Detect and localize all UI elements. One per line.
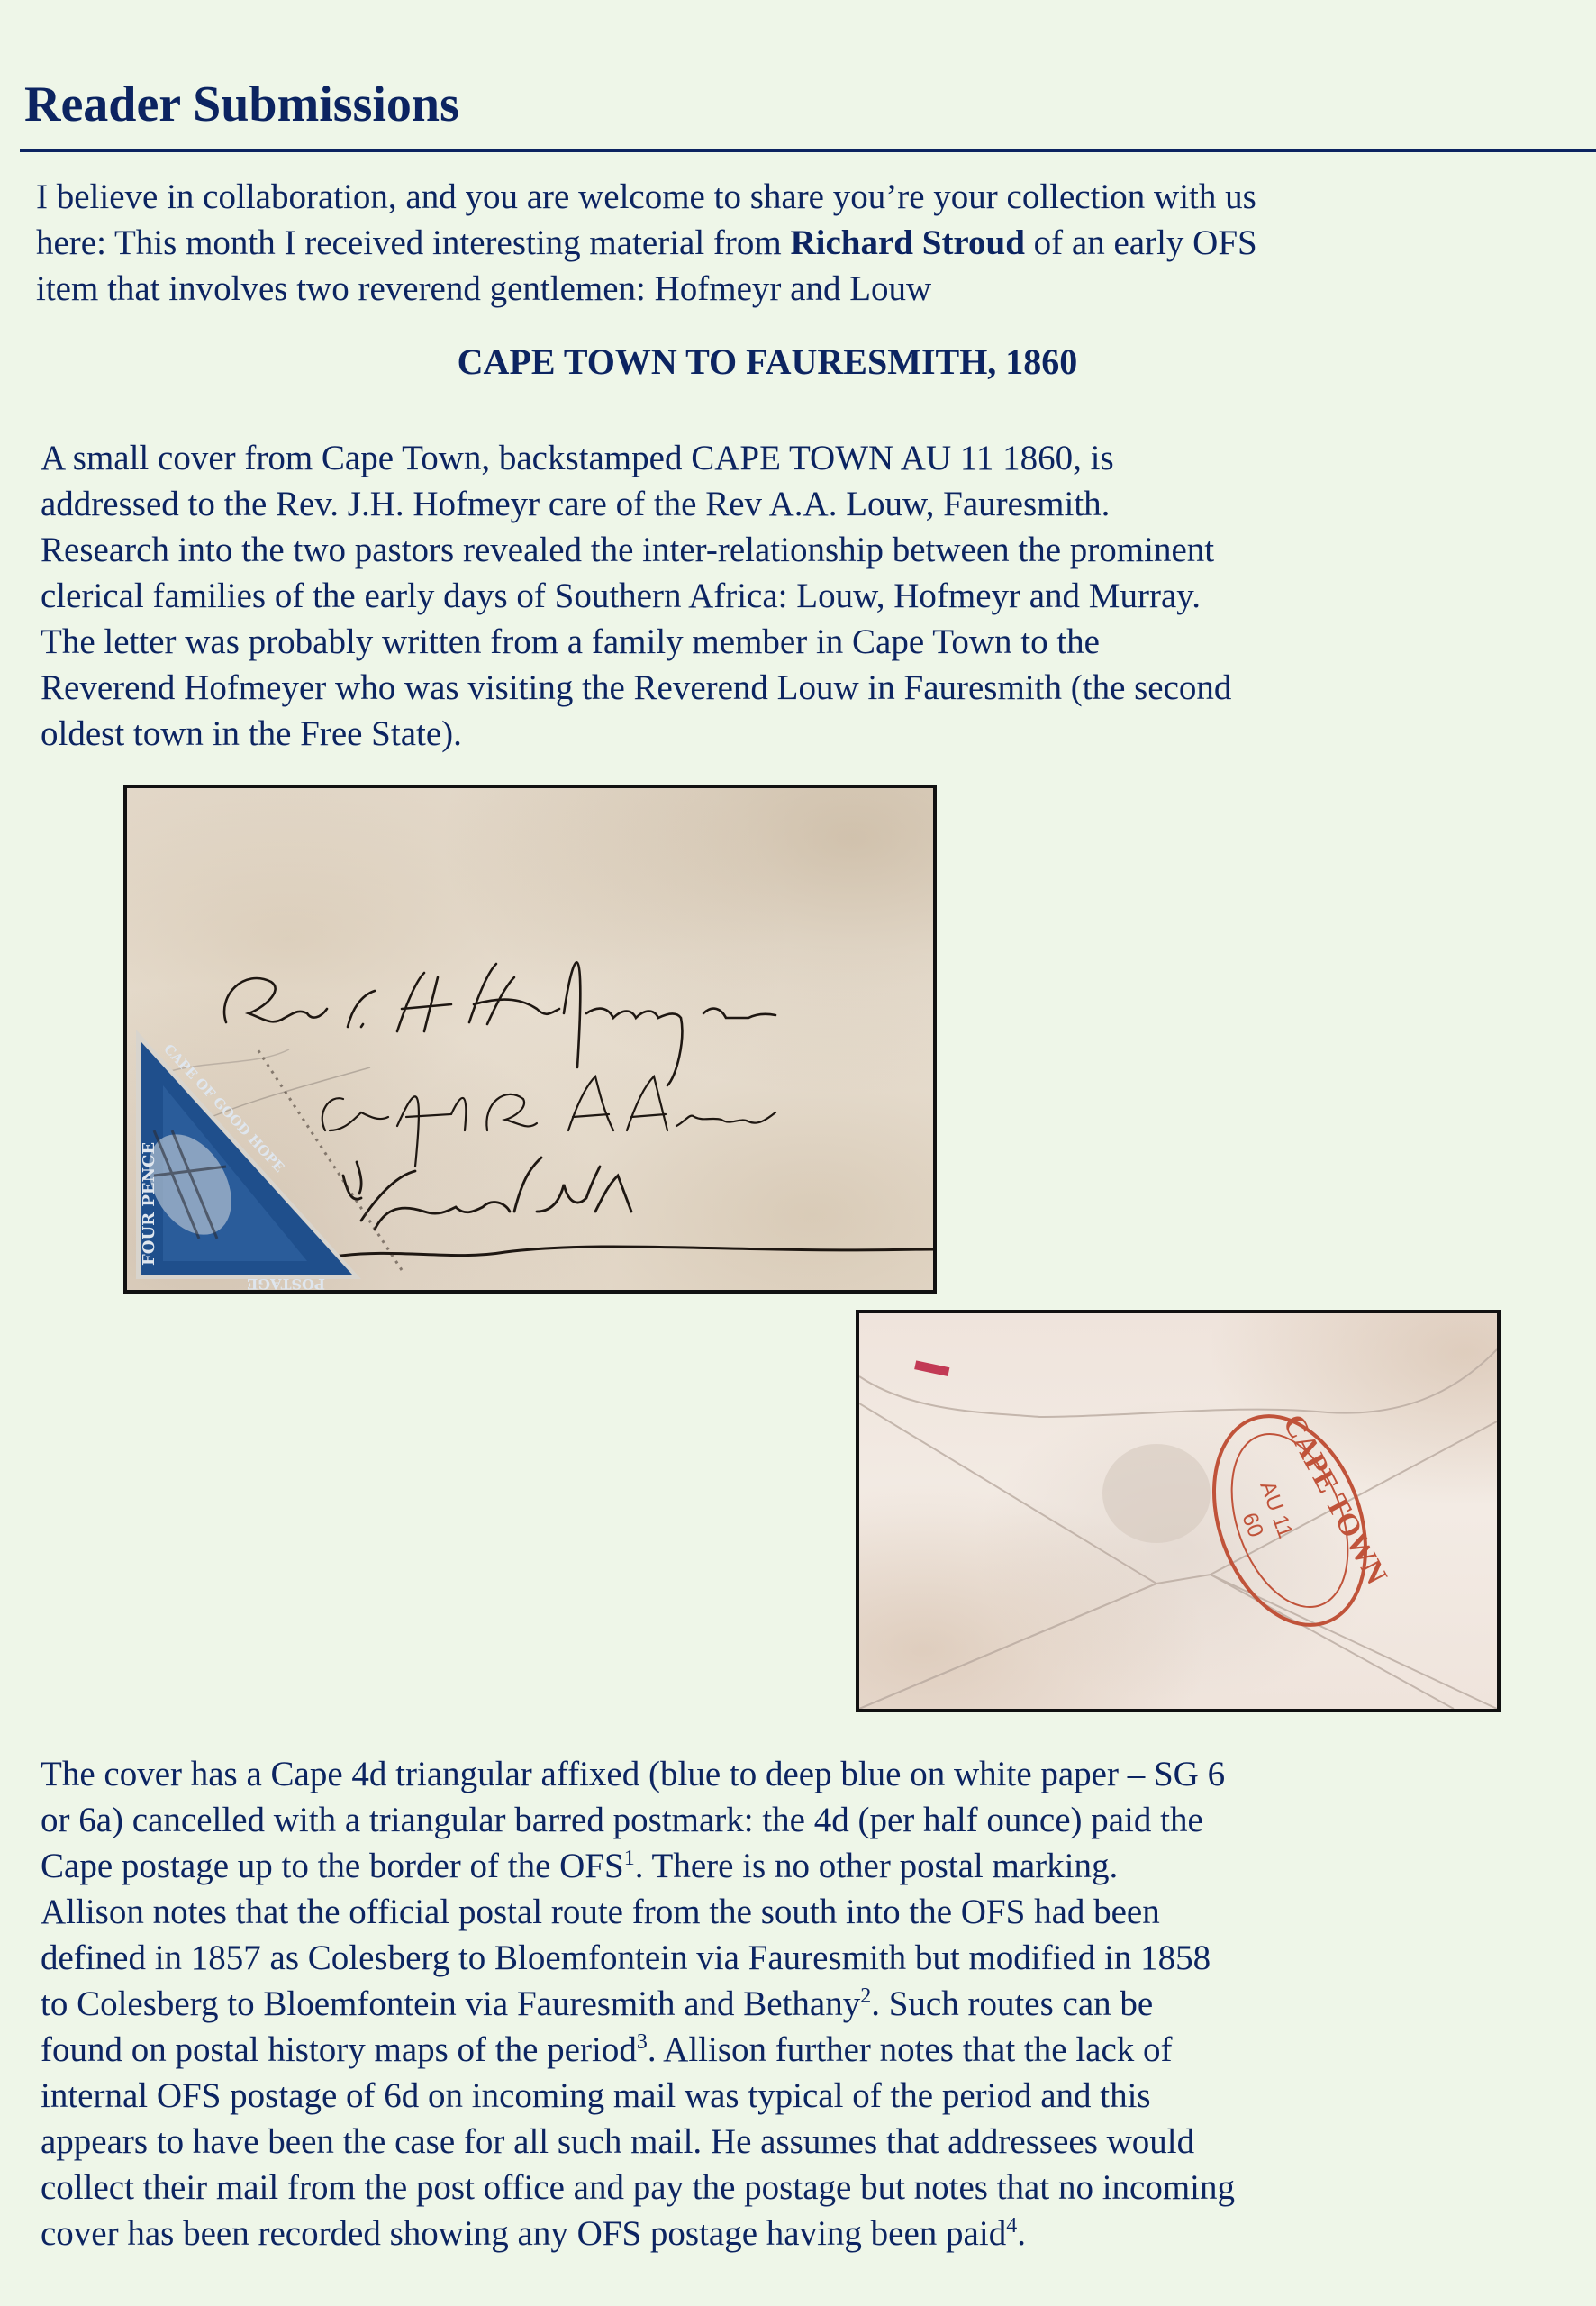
intro-text: of an early OFS bbox=[1025, 223, 1257, 262]
title-divider bbox=[20, 149, 1596, 152]
footnote-ref-4: 4 bbox=[1006, 2214, 1017, 2238]
paragraph-line: internal OFS postage of 6d on incoming m… bbox=[41, 2073, 1235, 2119]
page-title: Reader Submissions bbox=[24, 79, 459, 130]
intro-line: here: This month I received interesting … bbox=[36, 220, 1257, 266]
paragraph-line: clerical families of the early days of S… bbox=[41, 573, 1231, 619]
svg-text:POSTAGE: POSTAGE bbox=[247, 1276, 325, 1290]
intro-line: item that involves two reverend gentleme… bbox=[36, 266, 1257, 312]
article-paragraph-1: A small cover from Cape Town, backstampe… bbox=[41, 435, 1231, 757]
text: . Allison further notes that the lack of bbox=[648, 2030, 1173, 2069]
footnote-ref-3: 3 bbox=[637, 2030, 648, 2054]
contributor-name: Richard Stroud bbox=[791, 223, 1025, 262]
cover-front-illustration: FOUR PENCE POSTAGE CAPE OF GOOD HOPE bbox=[127, 788, 933, 1290]
paragraph-line: The letter was probably written from a f… bbox=[41, 619, 1231, 665]
svg-text:60: 60 bbox=[1237, 1510, 1268, 1540]
paragraph-line: appears to have been the case for all su… bbox=[41, 2119, 1235, 2165]
intro-paragraph: I believe in collaboration, and you are … bbox=[36, 174, 1257, 312]
text: cover has been recorded showing any OFS … bbox=[41, 2214, 1006, 2253]
paragraph-line: Reverend Hofmeyer who was visiting the R… bbox=[41, 665, 1231, 711]
article-title: CAPE TOWN TO FAURESMITH, 1860 bbox=[0, 344, 1535, 380]
cover-back-image: CAPE TOWN AU 11 60 bbox=[856, 1310, 1501, 1712]
text: . There is no other postal marking. bbox=[635, 1847, 1119, 1885]
paragraph-line: Research into the two pastors revealed t… bbox=[41, 527, 1231, 573]
paragraph-line: oldest town in the Free State). bbox=[41, 711, 1231, 757]
paragraph-line: to Colesberg to Bloemfontein via Fauresm… bbox=[41, 1981, 1235, 2027]
footnote-ref-2: 2 bbox=[860, 1984, 871, 2008]
paragraph-line: defined in 1857 as Colesberg to Bloemfon… bbox=[41, 1935, 1235, 1981]
article-paragraph-2: The cover has a Cape 4d triangular affix… bbox=[41, 1751, 1235, 2256]
svg-text:CAPE TOWN: CAPE TOWN bbox=[1276, 1409, 1393, 1590]
stamp-illustration: FOUR PENCE POSTAGE CAPE OF GOOD HOPE bbox=[131, 1030, 361, 1290]
cover-back-illustration: CAPE TOWN AU 11 60 bbox=[859, 1313, 1497, 1709]
text: found on postal history maps of the peri… bbox=[41, 2030, 637, 2069]
paragraph-line: collect their mail from the post office … bbox=[41, 2165, 1235, 2211]
paragraph-line: Cape postage up to the border of the OFS… bbox=[41, 1843, 1235, 1889]
paragraph-line: The cover has a Cape 4d triangular affix… bbox=[41, 1751, 1235, 1797]
svg-text:FOUR PENCE: FOUR PENCE bbox=[140, 1142, 159, 1266]
cover-front-image: FOUR PENCE POSTAGE CAPE OF GOOD HOPE bbox=[123, 785, 937, 1294]
text: . bbox=[1017, 2214, 1026, 2253]
paragraph-line: Allison notes that the official postal r… bbox=[41, 1889, 1235, 1935]
paragraph-line: cover has been recorded showing any OFS … bbox=[41, 2211, 1235, 2256]
paragraph-line: A small cover from Cape Town, backstampe… bbox=[41, 435, 1231, 481]
text: Cape postage up to the border of the OFS bbox=[41, 1847, 624, 1885]
text: to Colesberg to Bloemfontein via Fauresm… bbox=[41, 1984, 860, 2023]
footnote-ref-1: 1 bbox=[624, 1847, 635, 1870]
paragraph-line: found on postal history maps of the peri… bbox=[41, 2027, 1235, 2073]
intro-line: I believe in collaboration, and you are … bbox=[36, 174, 1257, 220]
paragraph-line: addressed to the Rev. J.H. Hofmeyr care … bbox=[41, 481, 1231, 527]
intro-text: here: This month I received interesting … bbox=[36, 223, 791, 262]
paragraph-line: or 6a) cancelled with a triangular barre… bbox=[41, 1797, 1235, 1843]
text: . Such routes can be bbox=[871, 1984, 1153, 2023]
